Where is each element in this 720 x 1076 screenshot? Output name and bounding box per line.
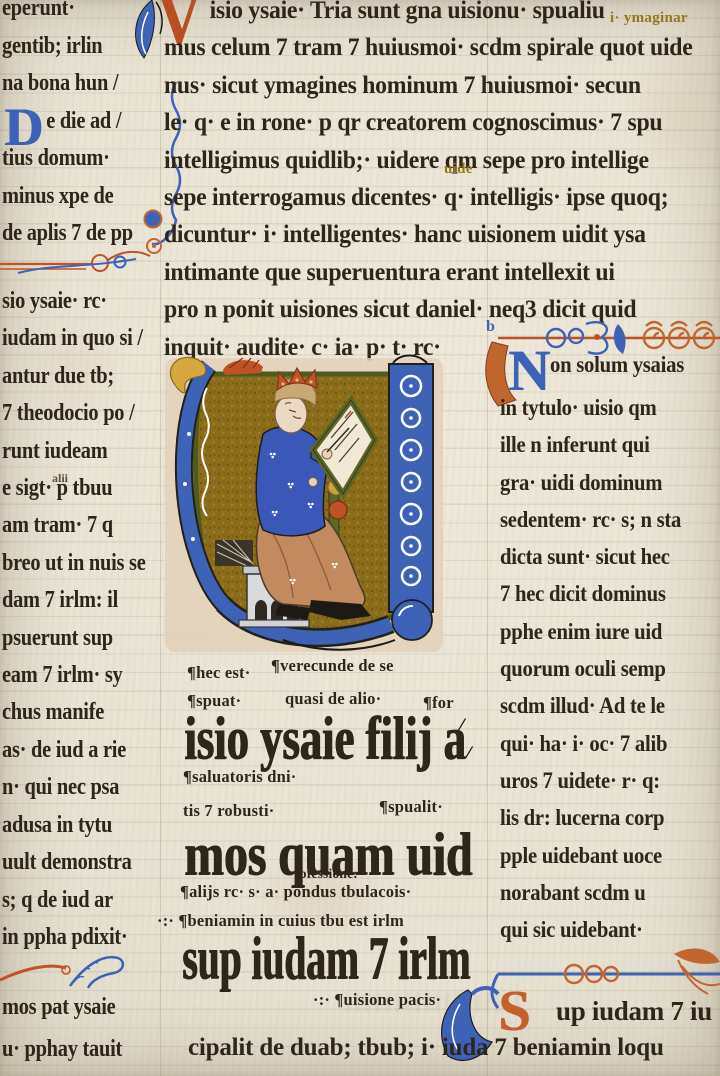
text-line: scdm illud· Ad te le	[500, 687, 720, 724]
manuscript-page: eperunt·gentib; irlinna bona hun /e die …	[0, 0, 720, 1076]
display-text-line: sup iudam 7 irlm	[182, 928, 470, 989]
display-text-line: mos quam uid	[184, 824, 472, 885]
right-gloss-column: in tytulo· uisio qmille n inferunt quigr…	[500, 389, 720, 948]
interlinear-gloss: alii	[52, 471, 68, 486]
text-line: mus celum 7 tram 7 huiusmoi· scdm spiral…	[164, 29, 720, 66]
text-line: uult demonstra	[2, 844, 146, 881]
divider-flourish-icon	[0, 944, 132, 990]
interlinear-gold-gloss: uide	[444, 161, 473, 178]
text-line: sedentem· rc· s; n sta	[500, 501, 720, 538]
incipit-line: up iudam 7 iu	[556, 996, 712, 1027]
text-line: in tytulo· uisio qm	[500, 389, 720, 426]
flourish-ball-icon	[142, 208, 164, 230]
text-line: eam 7 irlm· sy	[2, 657, 146, 694]
text-line: minus xpe de	[2, 178, 133, 216]
text-line: ille n inferunt qui	[500, 426, 720, 463]
text-line: intelligimus quidlib;· uidere qm sepe pr…	[164, 142, 720, 179]
text-line: runt iudeam	[2, 433, 146, 470]
text-line: pple uidebant uoce	[500, 837, 720, 874]
text-line: breo ut in nuis se	[2, 545, 146, 582]
text-line: nus· sicut ymagines hominum 7 huiusmoi· …	[164, 67, 720, 104]
ink-pot-icon	[329, 501, 347, 519]
text-line: sepe interrogamus dicentes· q· intelligi…	[164, 179, 720, 216]
historiated-initial-u	[163, 354, 446, 657]
text-line: pphe enim iure uid	[500, 613, 720, 650]
text-line: am tram· 7 q	[2, 507, 146, 544]
display-text-line: isio ysaie filij a	[184, 708, 466, 769]
text-line: dicuntur· i· intelligentes· hanc uisione…	[164, 216, 720, 253]
divider-flourish-icon	[0, 246, 152, 280]
text-line: qui sic uidebant·	[500, 911, 720, 948]
interlinear-gold-gloss: i· ymaginar	[610, 10, 688, 27]
main-text-column: isio ysaie· Tria sunt gna uisionu· spual…	[164, 0, 720, 366]
text-line: antur due tb;	[2, 358, 146, 395]
left-gloss-column-mid: sio ysaie· rc·iudam in quo si /antur due…	[2, 283, 146, 956]
text-line: e sigt· p tbuu	[2, 470, 146, 507]
text-line: 7 theodocio po /	[2, 395, 146, 432]
text-line: as· de iud a rie	[2, 732, 146, 769]
gloss-note: tis 7 robusti·	[183, 801, 274, 821]
gloss-note: ·:· ¶uisione pacis·	[313, 990, 441, 1010]
text-line: adusa in tytu	[2, 807, 146, 844]
text-line: quorum oculi semp	[500, 650, 720, 687]
text-line: gra· uidi dominum	[500, 464, 720, 501]
text-line: norabant scdm u	[500, 874, 720, 911]
bottom-text-line: cipalit de duab; tbub; i· iuda 7 beniami…	[188, 1034, 664, 1062]
right-gloss-first-line: on solum ysaias	[550, 352, 684, 378]
text-line: intimante que superuentura erant intelle…	[164, 254, 720, 291]
text-line: psuerunt sup	[2, 620, 146, 657]
text-line: 7 hec dicit dominus	[500, 575, 720, 612]
initial-s: S	[498, 982, 530, 1040]
text-line: s; q de iud ar	[2, 882, 146, 919]
feather-flourish-icon	[674, 948, 720, 963]
text-line: gentib; irlin	[2, 28, 133, 66]
text-line: u· pphay tauit	[2, 1028, 122, 1070]
text-line: mos pat ysaie	[2, 986, 122, 1028]
initial-d: D	[4, 100, 43, 154]
text-line: sio ysaie· rc·	[2, 283, 146, 320]
text-line: eperunt·	[2, 0, 133, 28]
gloss-note: ¶spualit·	[379, 797, 443, 817]
text-line: n· qui nec psa	[2, 769, 146, 806]
left-gloss-column-bottom: mos pat ysaieu· pphay tauit	[2, 986, 122, 1070]
text-line: dicta sunt· sicut hec	[500, 538, 720, 575]
text-line: chus manife	[2, 694, 146, 731]
gloss-note: ¶verecunde de se	[271, 656, 394, 676]
text-line: lis dr: lucerna corp	[500, 799, 720, 836]
seat	[215, 540, 253, 566]
text-line: le· q· e in rone· p qr creatorem cognosc…	[164, 104, 720, 141]
gloss-note: ¶hec est·	[187, 663, 250, 683]
text-line: uros 7 uidete· r· q:	[500, 762, 720, 799]
text-line: qui· ha· i· oc· 7 alib	[500, 725, 720, 762]
face	[275, 395, 307, 433]
text-line: iudam in quo si /	[2, 320, 146, 357]
text-line: dam 7 irlm: il	[2, 582, 146, 619]
